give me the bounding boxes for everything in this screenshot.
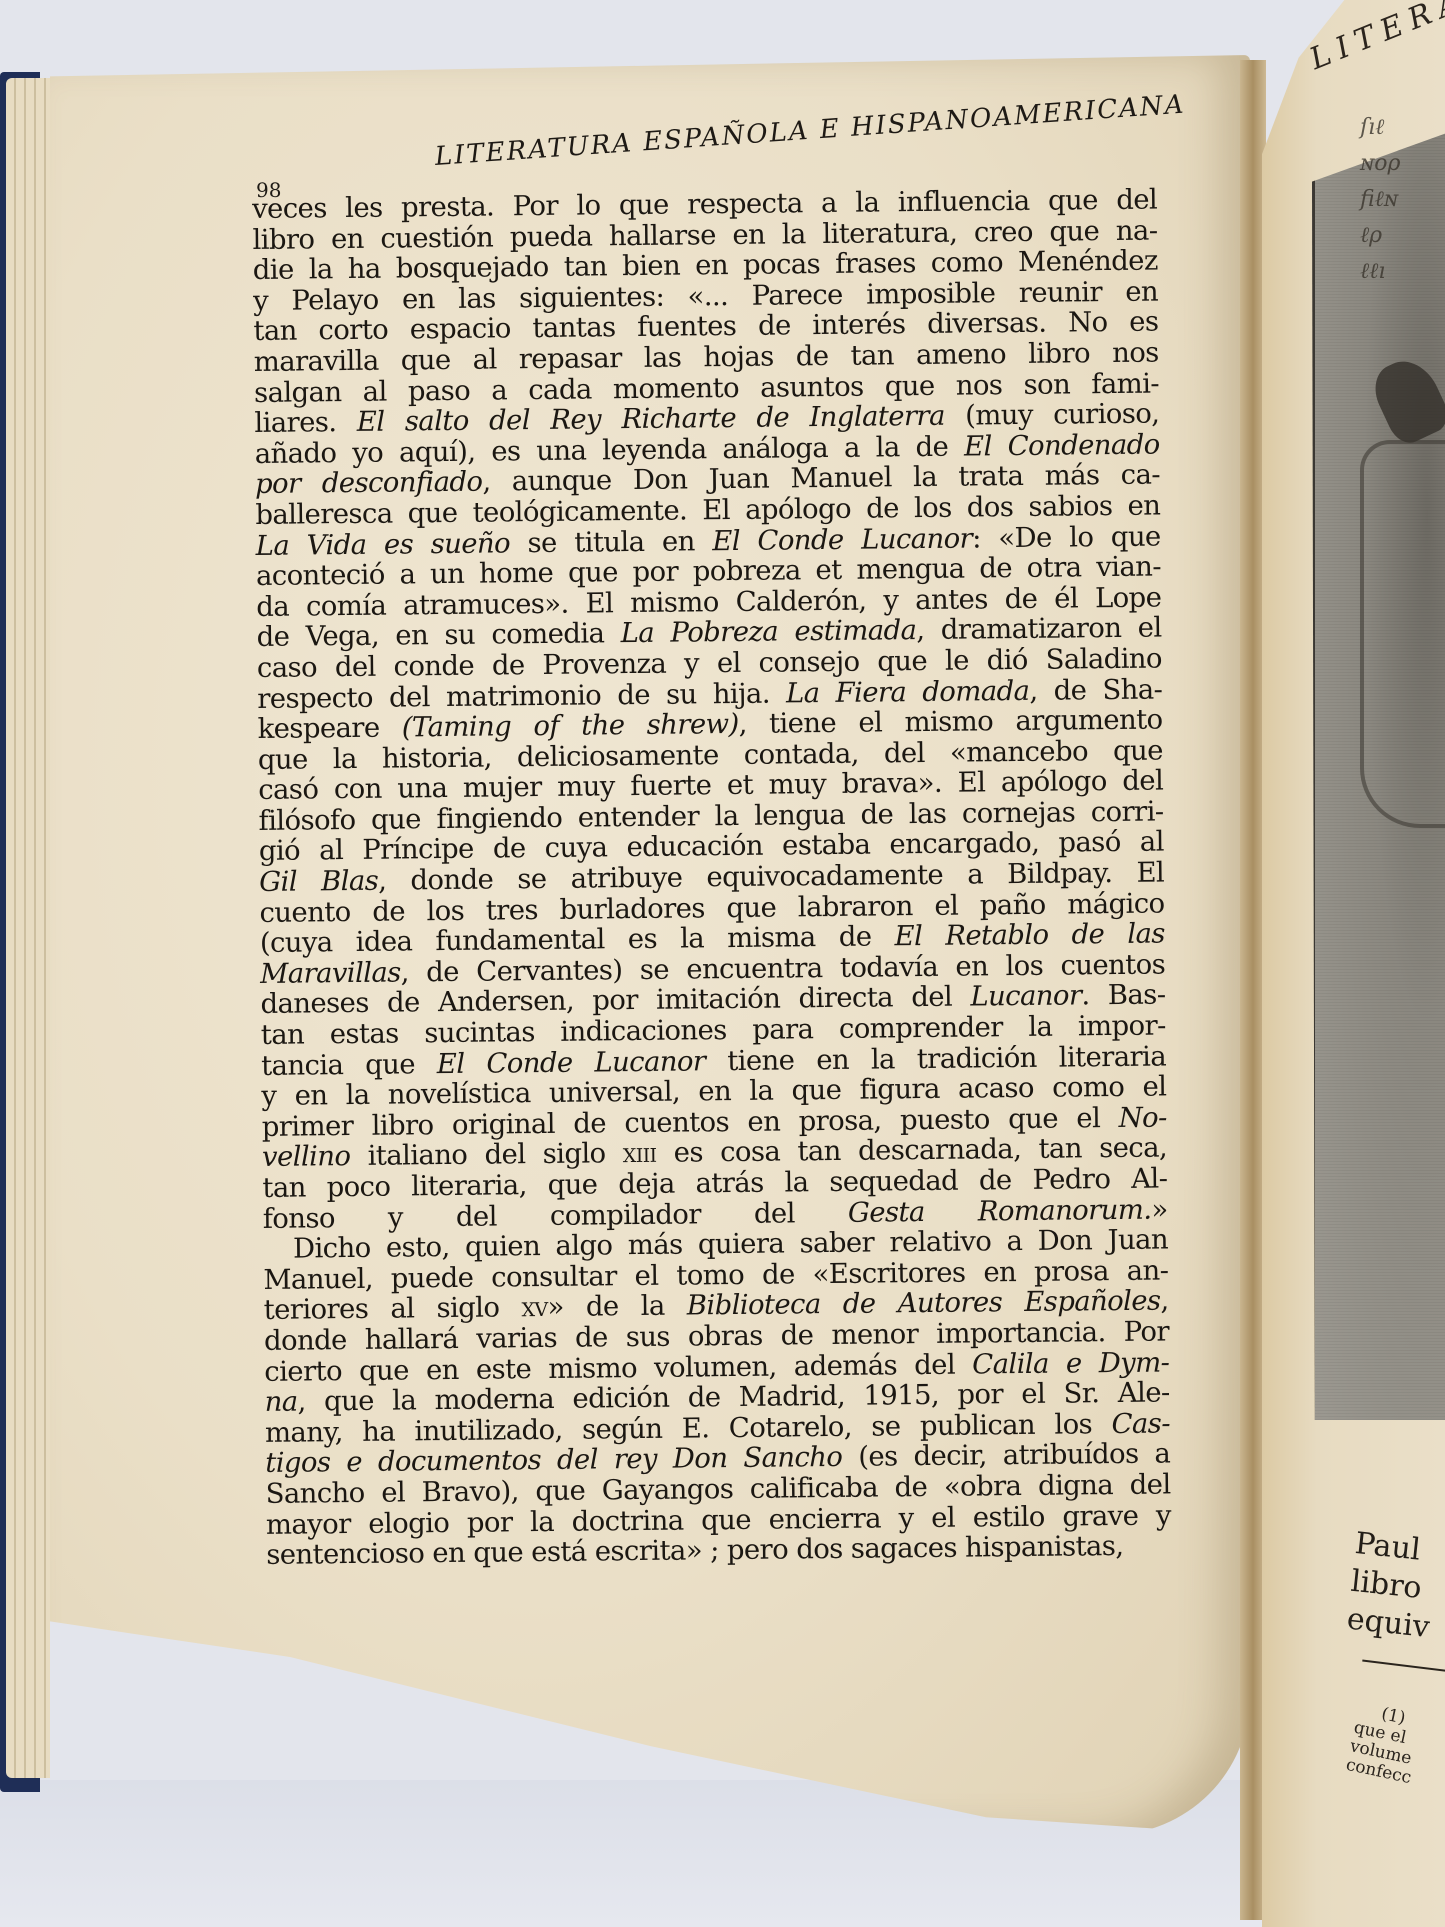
text-run: liares. [254, 406, 357, 439]
page-stack-edges [6, 78, 50, 1778]
italic-title: Cas- [1111, 1407, 1170, 1440]
italic-title: Maravillas [260, 956, 401, 989]
italic-title: La Fiera domada [786, 674, 1030, 709]
text-run: , dramatizaron el [916, 612, 1162, 647]
text-run: tancia que [261, 1048, 437, 1082]
text-run: , de Sha- [1029, 673, 1162, 706]
italic-title: La Pobreza estimada [620, 614, 916, 649]
text-run: : «De lo que [972, 520, 1161, 554]
text-run: teriores al siglo [264, 1292, 522, 1327]
italic-title: por desconfiado [255, 466, 483, 500]
text-run: . Bas- [1081, 979, 1165, 1012]
right-page-caption: Paul libro equiv [1345, 1525, 1439, 1647]
italic-title: vellino [262, 1140, 351, 1173]
illustration-handwriting: ſıℓɴoρﬁℓɴℓρℓℓı [1360, 110, 1440, 290]
background-surface [0, 1780, 1445, 1927]
italic-title: El Conde Lucanor [712, 522, 972, 557]
text-run: xiii [623, 1137, 657, 1169]
illustration-figure-body [1360, 440, 1445, 828]
italic-title: El Conde Lucanor [437, 1045, 706, 1080]
body-text: veces les presta. Por lo que respecta a … [252, 185, 1171, 1571]
italic-title: La Vida es sueño [256, 527, 511, 562]
italic-title: El Condenado [964, 428, 1160, 462]
text-run: (muy curioso, [945, 398, 1160, 432]
italic-title: No- [1118, 1101, 1166, 1134]
text-run: » [1151, 1193, 1168, 1225]
italic-title: El Retablo de las [894, 918, 1165, 953]
italic-title: Gil Blas [259, 865, 378, 898]
italic-title: Gesta Romanorum. [848, 1193, 1152, 1228]
text-run: xv [521, 1291, 547, 1323]
italic-title: na [264, 1386, 297, 1418]
text-run: se titula en [510, 525, 713, 559]
italic-title: Calila e Dym- [972, 1346, 1169, 1380]
text-run: kespeare [257, 712, 402, 746]
text-run: , [1160, 1285, 1168, 1317]
text-run: italiano del siglo [350, 1138, 623, 1173]
italic-title: Lucanor [970, 980, 1081, 1013]
text-run: » de la [547, 1290, 687, 1323]
